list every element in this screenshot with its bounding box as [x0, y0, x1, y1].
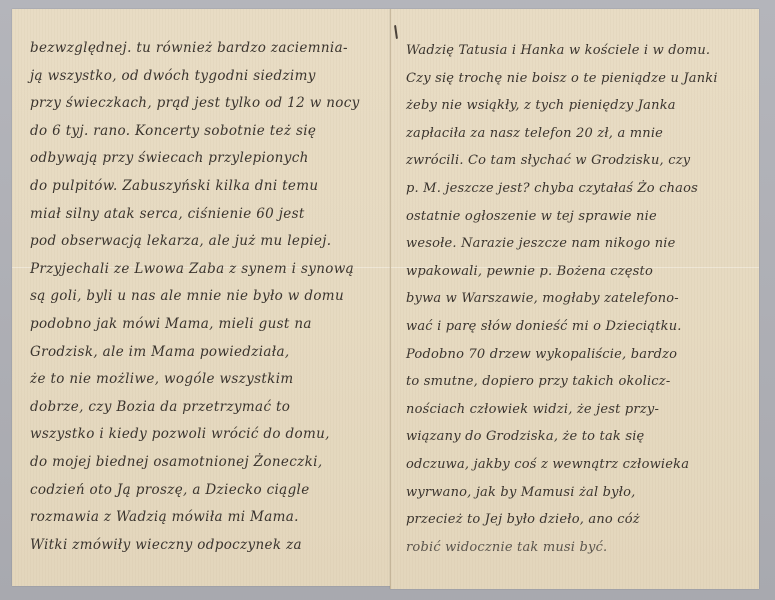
text-line: do pulpitów. Zabuszyński kilka dni temu: [30, 173, 390, 201]
text-line: Czy się trochę nie boisz o te pieniądze …: [406, 65, 759, 93]
text-line: są goli, byli u nas ale mnie nie było w …: [30, 283, 390, 311]
letter-page-right: Wadzię Tatusia i Hanka w kościele i w do…: [390, 9, 759, 589]
text-line: żeby nie wsiąkły, z tych pieniędzy Janka: [406, 92, 759, 120]
text-line: Przyjechali ze Lwowa Zaba z synem i syno…: [30, 256, 390, 284]
text-line: ostatnie ogłoszenie w tej sprawie nie: [406, 203, 759, 231]
text-line: Witki zmówiły wieczny odpoczynek za: [30, 532, 390, 560]
text-line: wesołe. Narazie jeszcze nam nikogo nie: [406, 230, 759, 258]
text-line: ją wszystko, od dwóch tygodni siedzimy: [30, 63, 390, 91]
text-line: rozmawia z Wadzią mówiła mi Mama.: [30, 504, 390, 532]
text-line: wiązany do Grodziska, że to tak się: [406, 423, 759, 451]
text-line: Podobno 70 drzew wykopaliście, bardzo: [406, 341, 759, 369]
handwritten-lines-left: bezwzględnej. tu również bardzo zaciemni…: [12, 35, 390, 559]
text-line: do mojej biednej osamotnionej Żoneczki,: [30, 449, 390, 477]
text-line: wpakowali, pewnie p. Bożena często: [406, 258, 759, 286]
text-line: zapłaciła za nasz telefon 20 zł, a mnie: [406, 120, 759, 148]
text-line: to smutne, dopiero przy takich okolicz-: [406, 368, 759, 396]
text-line: pod obserwacją lekarza, ale już mu lepie…: [30, 228, 390, 256]
text-line: odczuwa, jakby coś z wewnątrz człowieka: [406, 451, 759, 479]
text-line: do 6 tyj. rano. Koncerty sobotnie też si…: [30, 118, 390, 146]
text-line: p. M. jeszcze jest? chyba czytałaś Żo ch…: [406, 175, 759, 203]
text-line: wszystko i kiedy pozwoli wrócić do domu,: [30, 421, 390, 449]
text-line: zwrócili. Co tam słychać w Grodzisku, cz…: [406, 147, 759, 175]
text-line: przecież to Jej było dzieło, ano cóż: [406, 506, 759, 534]
text-line: podobno jak mówi Mama, mieli gust na: [30, 311, 390, 339]
scan-background: bezwzględnej. tu również bardzo zaciemni…: [0, 0, 775, 600]
text-line: dobrze, czy Bozia da przetrzymać to: [30, 394, 390, 422]
text-line: wać i parę słów donieść mi o Dzieciątku.: [406, 313, 759, 341]
text-line: robić widocznie tak musi być.: [406, 534, 759, 562]
text-line: że to nie możliwe, wogóle wszystkim: [30, 366, 390, 394]
text-line: Grodzisk, ale im Mama powiedziała,: [30, 339, 390, 367]
text-line: nościach człowiek widzi, że jest przy-: [406, 396, 759, 424]
text-line: wyrwano, jak by Mamusi żal było,: [406, 479, 759, 507]
text-line: przy świeczkach, prąd jest tylko od 12 w…: [30, 90, 390, 118]
text-line: odbywają przy świecach przylepionych: [30, 145, 390, 173]
text-line: Wadzię Tatusia i Hanka w kościele i w do…: [406, 37, 759, 65]
text-line: codzień oto Ją proszę, a Dziecko ciągle: [30, 477, 390, 505]
text-line: miał silny atak serca, ciśnienie 60 jest: [30, 201, 390, 229]
text-line: bezwzględnej. tu również bardzo zaciemni…: [30, 35, 390, 63]
text-line: bywa w Warszawie, mogłaby zatelefono-: [406, 285, 759, 313]
letter-page-left: bezwzględnej. tu również bardzo zaciemni…: [12, 9, 390, 586]
handwritten-lines-right: Wadzię Tatusia i Hanka w kościele i w do…: [391, 37, 759, 561]
